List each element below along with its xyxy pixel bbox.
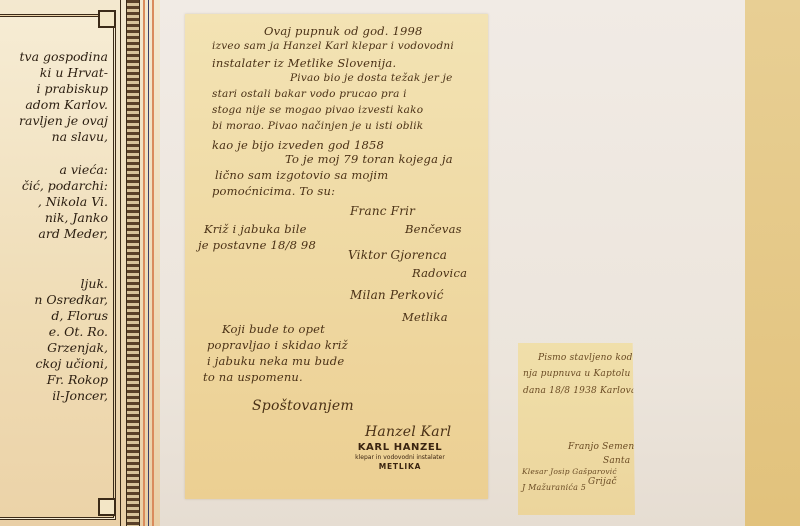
- letter-line: stari ostali bakar vodo prucao pra i: [212, 88, 407, 100]
- closing-line: Koji bude to opet: [222, 322, 325, 336]
- frame-stripe: [120, 0, 121, 526]
- certificate-line: d, Florus: [0, 308, 112, 324]
- certificate-line: ravljen je ovaj: [0, 113, 112, 129]
- certificate-line: e. Ot. Ro.: [0, 324, 112, 340]
- closing-line: popravljao i skidao križ: [207, 338, 348, 352]
- frame-stripe: [148, 0, 149, 526]
- letter-line: lično sam izgotovio sa mojim: [215, 168, 388, 182]
- note-address: Klesar Josip Gašparović: [522, 467, 617, 476]
- frame-corner-ornament: [98, 498, 116, 516]
- certificate-line: ki u Hrvat-: [0, 65, 112, 81]
- helper-place: Benčevas: [405, 222, 462, 236]
- certificate-line: ljuk.: [0, 276, 112, 292]
- letter-line: stoga nije se mogao pivao izvesti kako: [212, 104, 423, 116]
- stamp-city: METLIKA: [350, 462, 450, 472]
- certificate-line: , Nikola Vi.: [0, 194, 112, 210]
- certificate-line: Fr. Rokop: [0, 372, 112, 388]
- helper-place: Metlika: [402, 310, 448, 324]
- frame-stripe: [152, 0, 154, 526]
- note-sign-place: Grijač: [588, 477, 617, 487]
- certificate-line: čić, podarchi:: [0, 178, 112, 194]
- certificate-line: adom Karlov.: [0, 97, 112, 113]
- letter-line: Pivao bio je dosta težak jer je: [290, 72, 453, 84]
- closing-line: to na uspomenu.: [203, 370, 303, 384]
- certificate-text: tva gospodina ki u Hrvat- i prabiskup ad…: [0, 49, 112, 404]
- letter-line: To je moj 79 toran kojega ja: [285, 152, 453, 166]
- certificate-line: tva gospodina: [0, 49, 112, 65]
- note-line: nja pupnuva u Kaptolu: [523, 369, 630, 379]
- certificate-line: il-Joncer,: [0, 388, 112, 404]
- certificate-line: a vieća:: [0, 162, 112, 178]
- certificate-text-panel: tva gospodina ki u Hrvat- i prabiskup ad…: [0, 14, 116, 520]
- closing-line: i jabuku neka mu bude: [207, 354, 344, 368]
- salutation: Spoštovanjem: [252, 398, 354, 414]
- stamp-name: KARL HANZEL: [350, 442, 450, 454]
- museum-display: tva gospodina ki u Hrvat- i prabiskup ad…: [0, 0, 800, 526]
- certificate-line: nik, Janko: [0, 210, 112, 226]
- letter-line: izveo sam ja Hanzel Karl klepar i vodovo…: [212, 40, 454, 52]
- note-signature: Santa: [603, 456, 630, 466]
- cross-note-line: Križ i jabuka bile: [204, 222, 307, 236]
- letter-line: Ovaj pupnuk od god. 1998: [264, 24, 423, 38]
- note-line: dana 18/8 1938 Karlovac: [523, 386, 642, 396]
- helper-name: Viktor Gjorenca: [348, 248, 447, 262]
- stamp-trade: klepar in vodovodni instalater: [350, 454, 450, 462]
- frame-stripe: [143, 0, 145, 526]
- certificate-line: ard Meder,: [0, 226, 112, 242]
- framed-certificate: tva gospodina ki u Hrvat- i prabiskup ad…: [0, 0, 160, 526]
- certificate-line: n Osredkar,: [0, 292, 112, 308]
- certificate-line: Grzenjak,: [0, 340, 112, 356]
- karl-hanzel-stamp: KARL HANZEL klepar in vodovodni instalat…: [350, 442, 450, 472]
- certificate-line: ckoj učioni,: [0, 356, 112, 372]
- small-handwritten-note: Pismo stavljeno kod opravlja- nja pupnuv…: [518, 343, 635, 515]
- frame-ornamental-band: [126, 0, 140, 526]
- certificate-line: na slavu,: [0, 129, 112, 145]
- letter-line: bi morao. Pivao načinjen je u isti oblik: [212, 120, 423, 132]
- certificate-line: i prabiskup: [0, 81, 112, 97]
- helper-place: Radovica: [412, 266, 467, 280]
- cross-note-line: je postavne 18/8 98: [198, 238, 316, 252]
- signature: Hanzel Karl: [365, 424, 451, 440]
- helper-name: Milan Perković: [350, 288, 444, 302]
- note-address: J Mažuranića 5: [522, 483, 586, 492]
- frame-corner-ornament: [98, 10, 116, 28]
- letter-line: instalater iz Metlike Slovenija.: [212, 56, 396, 70]
- helper-name: Franc Frir: [350, 204, 415, 218]
- wall-background: [745, 0, 800, 526]
- letter-line: pomoćnicima. To su:: [212, 184, 335, 198]
- letter-line: kao je bijo izveden god 1858: [212, 138, 384, 152]
